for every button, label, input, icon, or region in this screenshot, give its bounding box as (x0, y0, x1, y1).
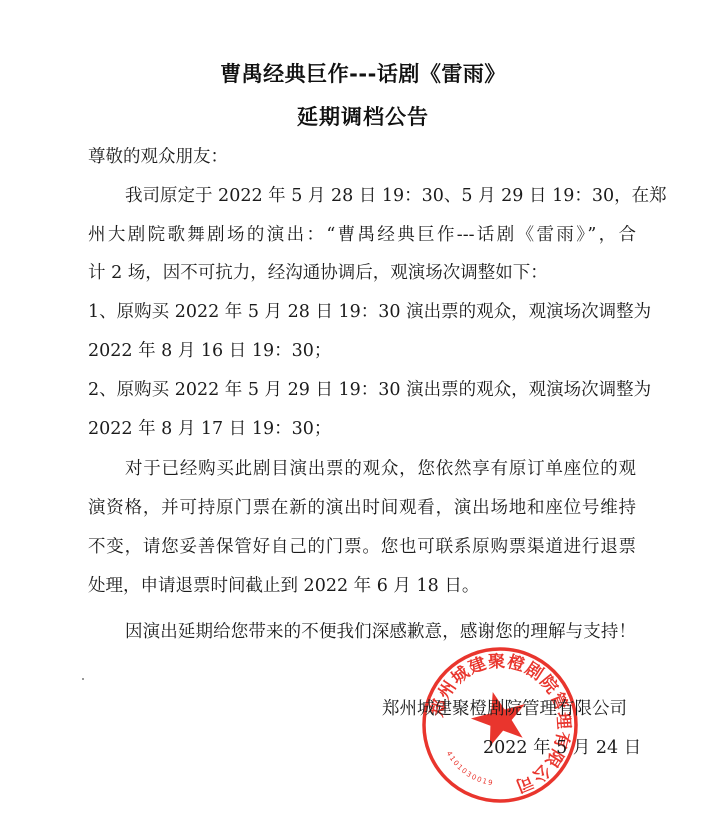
paragraph-2-line-4: 处理，申请退票时间截止到 2022 年 6 月 18 日。 (88, 575, 636, 597)
item-2-line-1: 2、原购买 2022 年 5 月 29 日 19：30 演出票的观众，观演场次调… (88, 379, 636, 401)
salutation: 尊敬的观众朋友： (88, 146, 636, 168)
paragraph-2-line-1: 对于已经购买此剧目演出票的观众，您依然享有原订单座位的观 (125, 458, 636, 480)
paragraph-1-line-1: 我司原定于 2022 年 5 月 28 日 19：30、5 月 29 日 19：… (125, 185, 636, 207)
signature-date: 2022 年 5 月 24 日 (483, 737, 641, 759)
paragraph-2-line-2: 演资格，并可持原门票在新的演出时间观看，演出场地和座位号维持 (88, 497, 636, 519)
item-2-line-2: 2022 年 8 月 17 日 19：30； (88, 418, 636, 440)
document-subtitle: 延期调档公告 (0, 101, 726, 131)
scan-speck (82, 678, 84, 680)
announcement-page: 曹禺经典巨作---话剧《雷雨》 延期调档公告 尊敬的观众朋友： 我司原定于 20… (0, 0, 726, 840)
signature-company: 郑州城建聚橙剧院管理有限公司 (382, 698, 627, 720)
paragraph-2-line-3: 不变，请您妥善保管好自己的门票。您也可联系原购票渠道进行退票 (88, 536, 636, 558)
paragraph-1-line-2: 州大剧院歌舞剧场的演出：“曹禺经典巨作---话剧《雷雨》”，合 (88, 224, 636, 246)
closing-line: 因演出延期给您带来的不便我们深感歉意，感谢您的理解与支持！ (125, 621, 636, 643)
item-1-line-1: 1、原购买 2022 年 5 月 28 日 19：30 演出票的观众，观演场次调… (88, 301, 636, 323)
paragraph-1-line-3: 计 2 场，因不可抗力，经沟通协调后，观演场次调整如下： (88, 262, 636, 284)
item-1-line-2: 2022 年 8 月 16 日 19：30； (88, 340, 636, 362)
company-seal: 郑州城建聚橙剧院管理有限公司 4101030019 (420, 645, 580, 805)
document-title: 曹禺经典巨作---话剧《雷雨》 (0, 58, 726, 88)
